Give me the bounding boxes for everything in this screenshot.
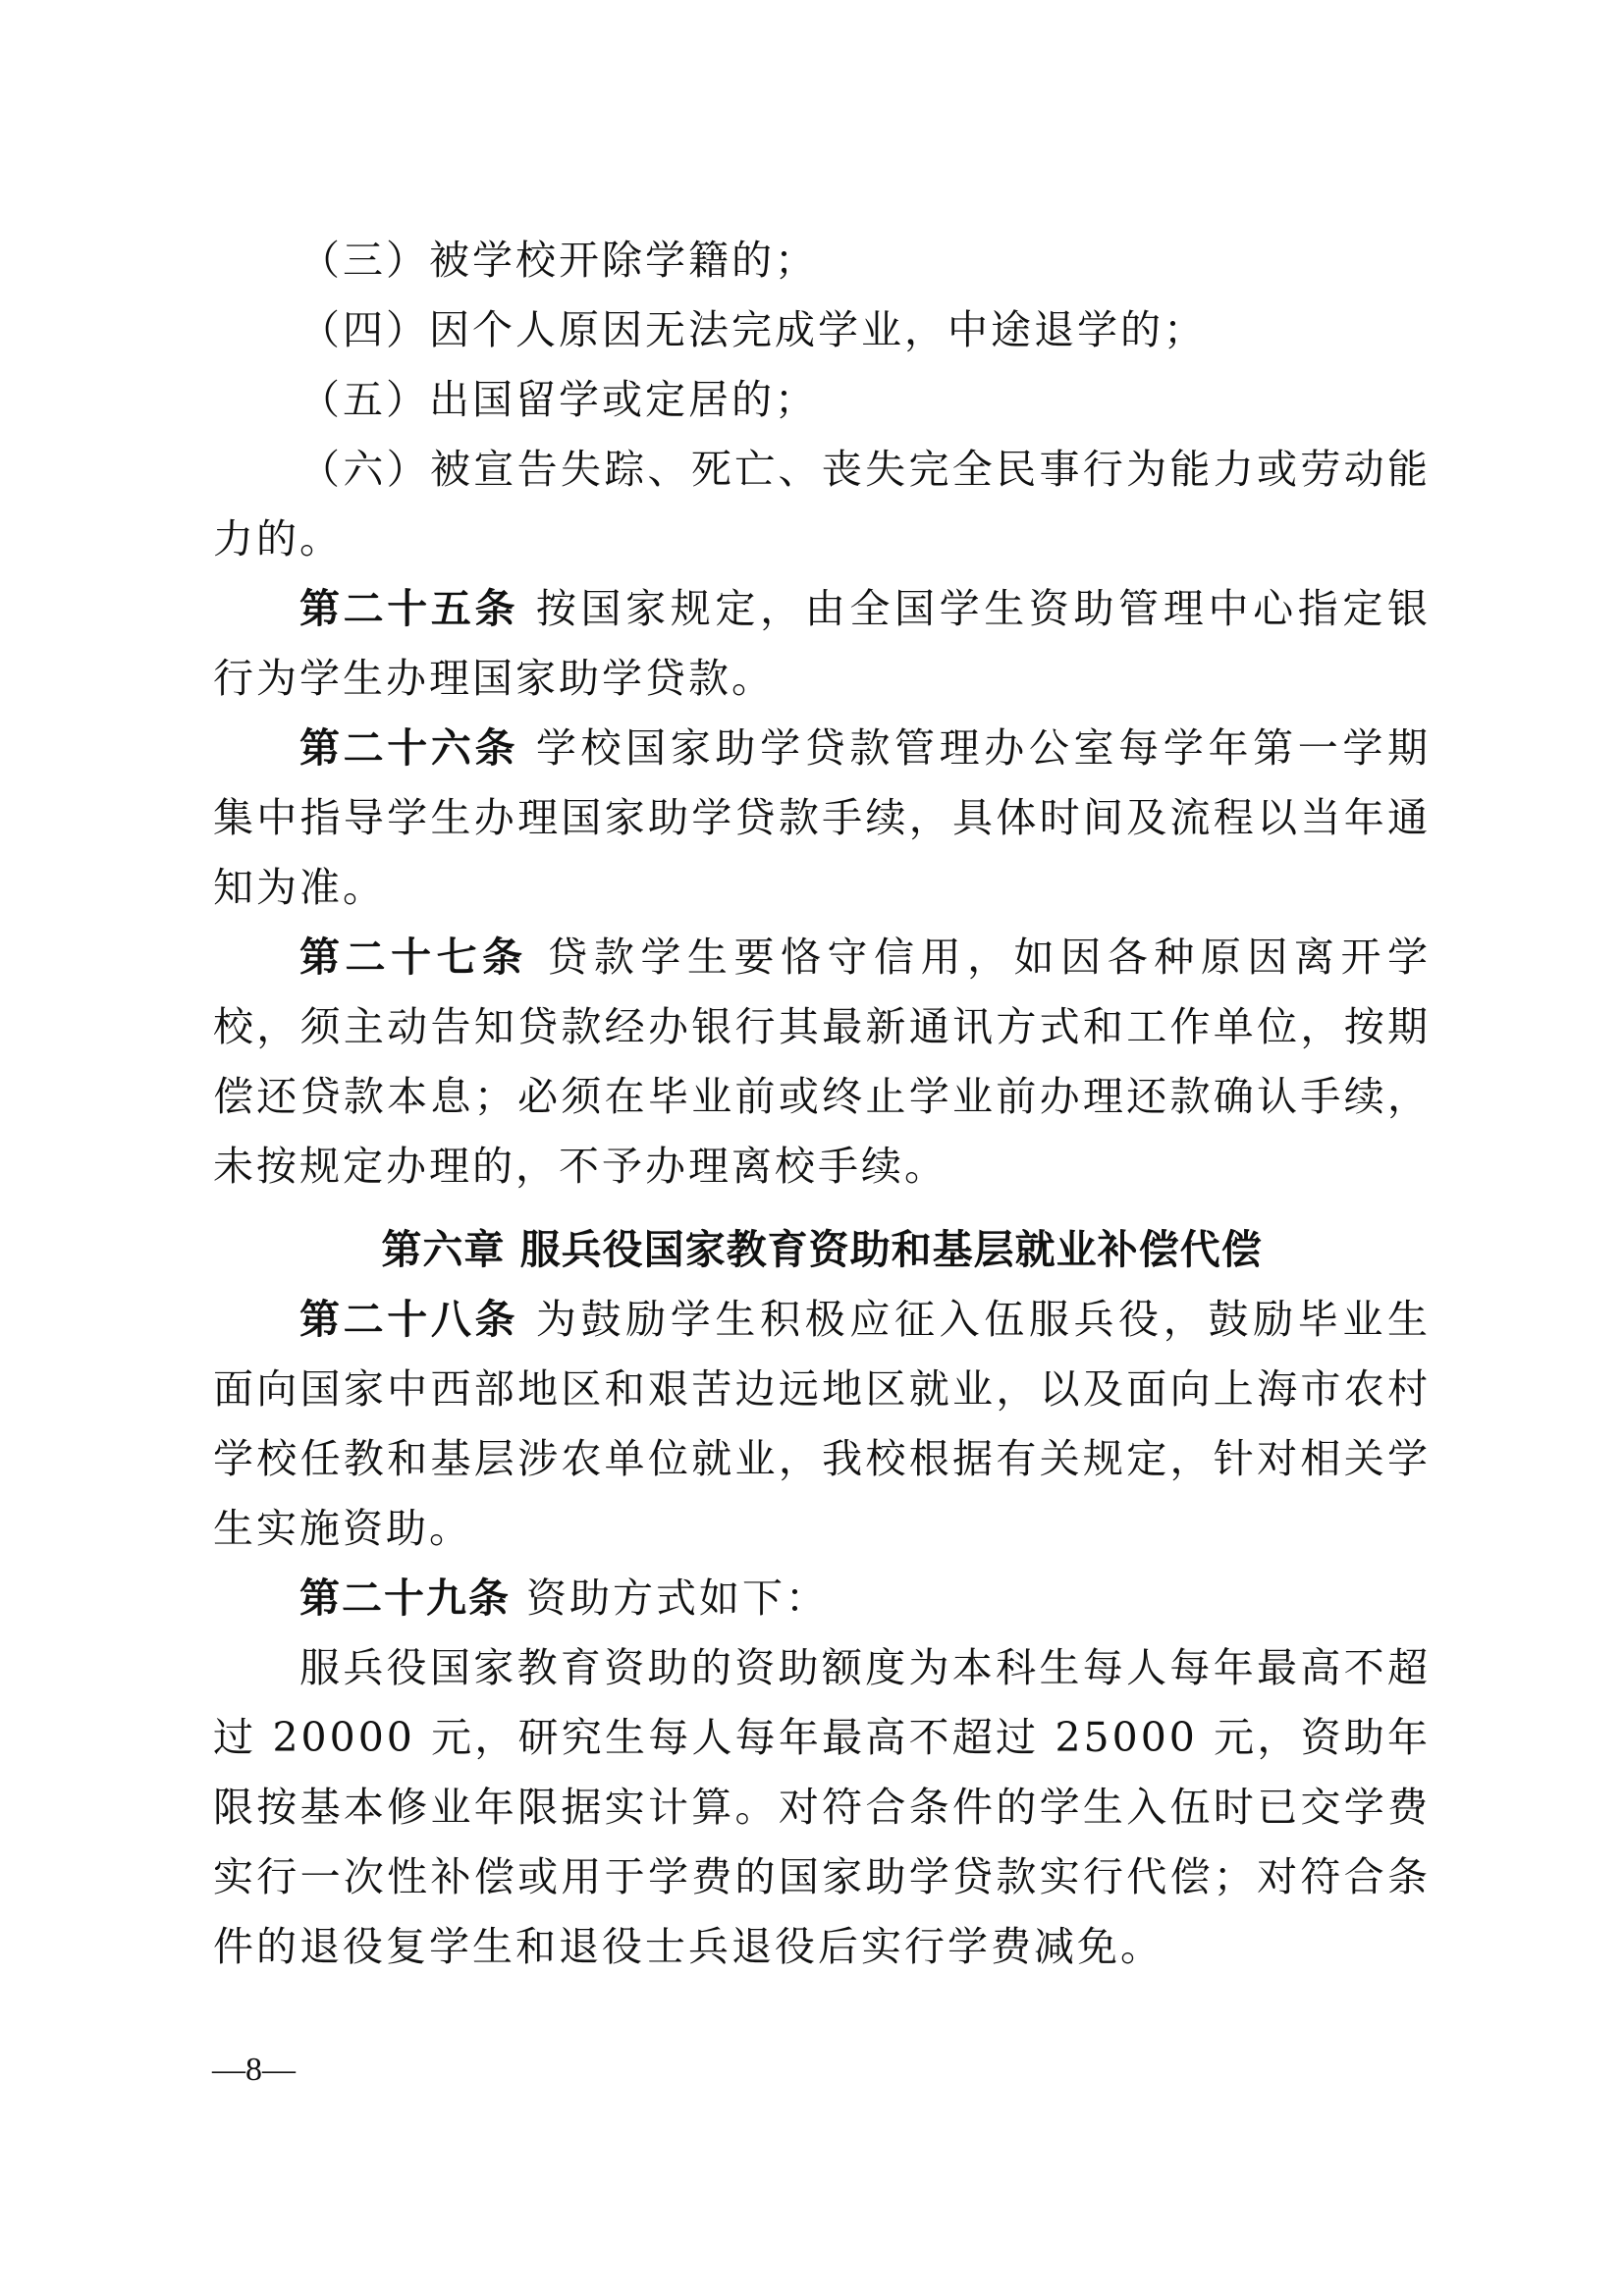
list-item-6: （六）被宣告失踪、死亡、丧失完全民事行为能力或劳动能力的。 xyxy=(213,435,1431,574)
article-label: 第二十八条 xyxy=(299,1296,518,1343)
article-28: 第二十八条 为鼓励学生积极应征入伍服兵役，鼓励毕业生面向国家中西部地区和艰苦边远… xyxy=(213,1285,1431,1564)
article-25: 第二十五条 按国家规定，由全国学生资助管理中心指定银行为学生办理国家助学贷款。 xyxy=(213,574,1431,714)
article-label: 第二十七条 xyxy=(299,934,528,981)
article-label: 第二十九条 xyxy=(299,1575,511,1622)
article-27: 第二十七条 贷款学生要恪守信用，如因各种原因离开学校，须主动告知贷款经办银行其最… xyxy=(213,923,1431,1201)
article-26: 第二十六条 学校国家助学贷款管理办公室每学年第一学期集中指导学生办理国家助学贷款… xyxy=(213,714,1431,923)
body-paragraph: 服兵役国家教育资助的资助额度为本科生每人每年最高不超过 20000 元，研究生每… xyxy=(213,1633,1431,1982)
article-label: 第二十五条 xyxy=(299,585,518,632)
list-item-5: （五）出国留学或定居的； xyxy=(213,365,1431,435)
list-item-4: （四）因个人原因无法完成学业，中途退学的； xyxy=(213,295,1431,365)
article-29: 第二十九条 资助方式如下： xyxy=(213,1564,1431,1633)
article-text: 资助方式如下： xyxy=(526,1575,829,1622)
article-label: 第二十六条 xyxy=(299,724,518,772)
document-page: （三）被学校开除学籍的； （四）因个人原因无法完成学业，中途退学的； （五）出国… xyxy=(213,226,1431,1982)
chapter-heading: 第六章 服兵役国家教育资助和基层就业补偿代偿 xyxy=(213,1215,1431,1285)
page-number: —8— xyxy=(212,2052,296,2089)
list-item-3: （三）被学校开除学籍的； xyxy=(213,226,1431,295)
